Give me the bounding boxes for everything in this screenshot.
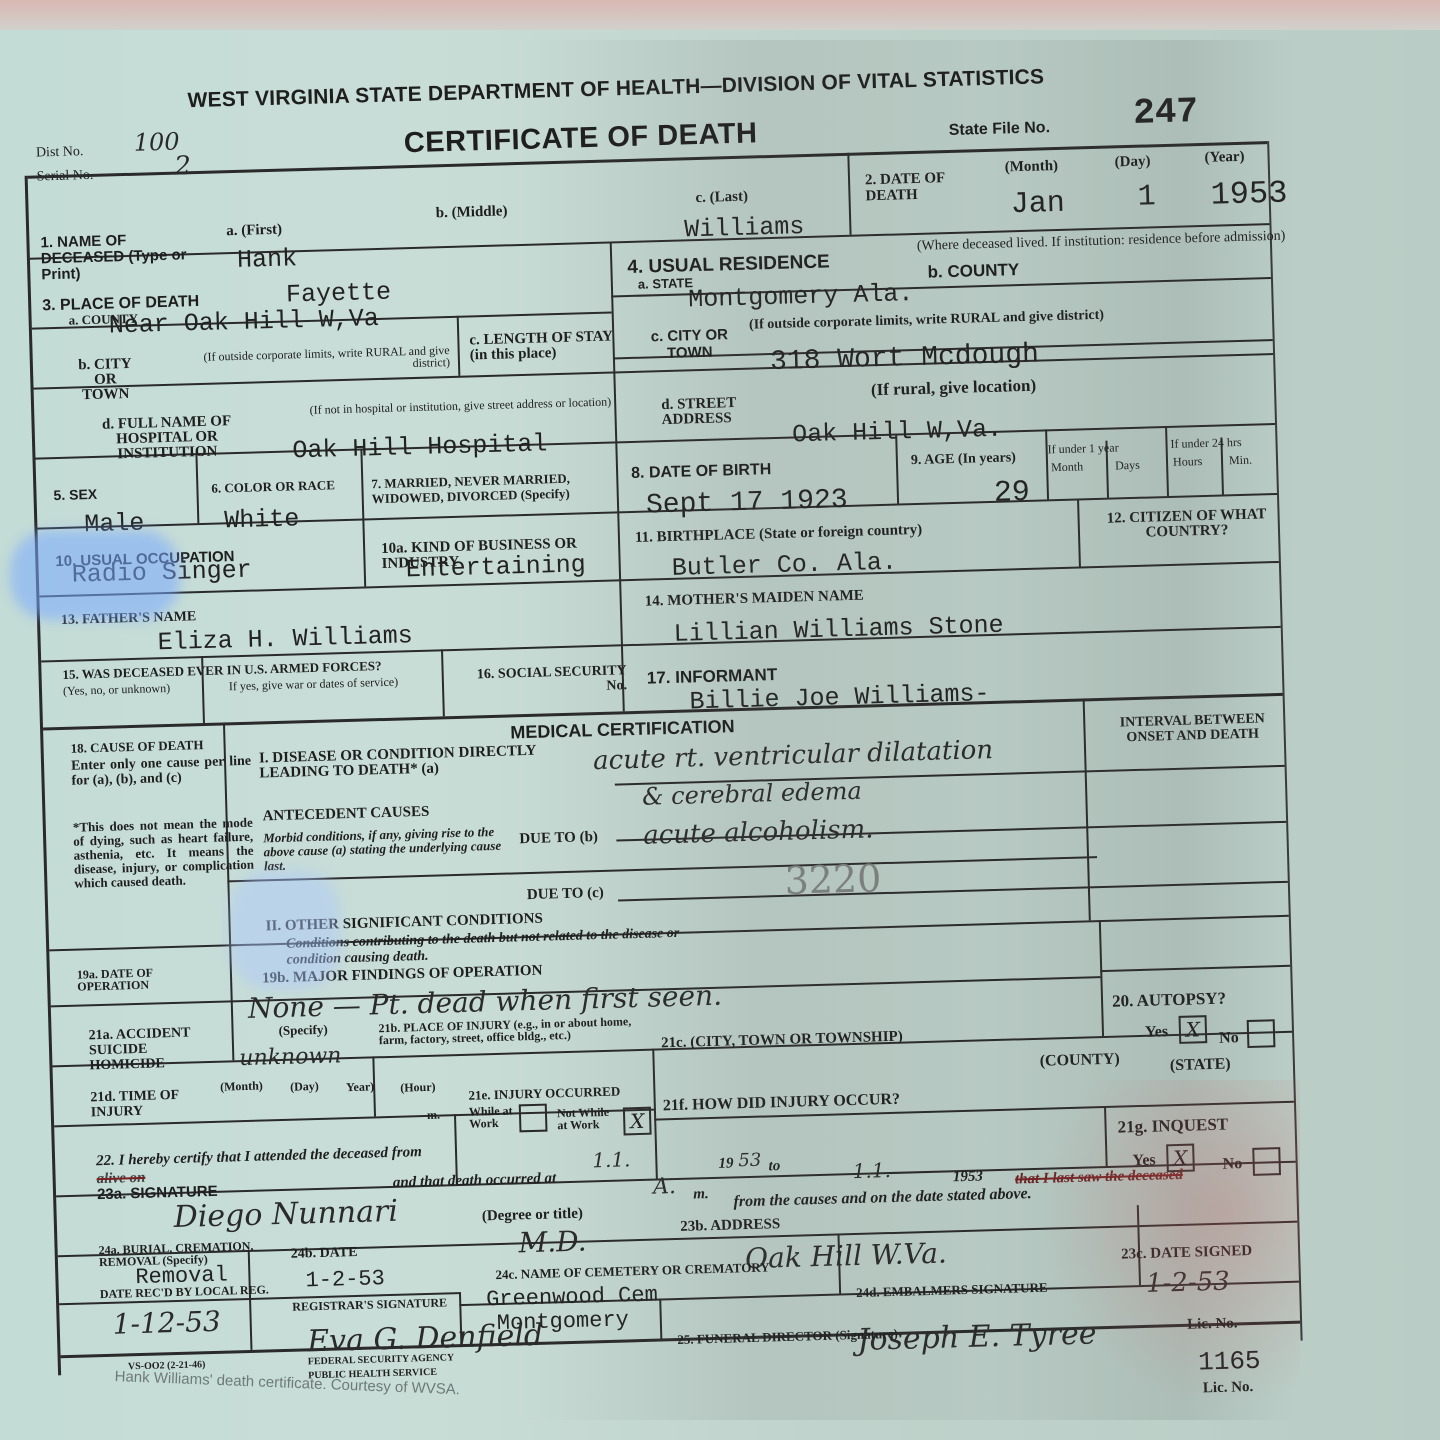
date-received-value: 1-12-53 xyxy=(112,1305,221,1341)
address-label: 23b. ADDRESS xyxy=(680,1217,780,1235)
blue-glare-reflection xyxy=(10,530,180,620)
dist-no-value: 100 xyxy=(133,127,180,156)
cause-instructions: Enter only one cause per line for (a), (… xyxy=(71,754,252,789)
street-note: (If rural, give location) xyxy=(871,378,1037,398)
inquest-no-checkbox[interactable] xyxy=(1252,1147,1281,1176)
residence-city-label: c. CITY OR TOWN xyxy=(649,326,730,362)
min-label: Min. xyxy=(1229,454,1252,467)
date-signed-value: 1-2-53 xyxy=(1146,1267,1231,1299)
dob-value: Sept 17 1923 xyxy=(646,485,848,522)
degree-value: M.D. xyxy=(518,1225,587,1260)
age-label: 9. AGE (In years) xyxy=(911,450,1016,468)
injury-year-label: Year) xyxy=(346,1080,374,1093)
injury-month-label: (Month) xyxy=(220,1080,263,1093)
agency-heading: WEST VIRGINIA STATE DEPARTMENT OF HEALTH… xyxy=(187,65,1044,113)
injury-day-label: (Day) xyxy=(290,1080,319,1093)
age-value: 29 xyxy=(993,476,1030,511)
cemetery-name: Greenwood Cem xyxy=(486,1283,658,1313)
burial-date-label: 24b. DATE xyxy=(291,1245,358,1262)
injury-county-label: (COUNTY) xyxy=(1040,1052,1120,1069)
autopsy-label: 20. AUTOPSY? xyxy=(1112,991,1226,1009)
injury-type-specify: (Specify) xyxy=(278,1022,328,1038)
ssn-label: 16. SOCIAL SECURITY No. xyxy=(457,663,628,698)
street-address-label: d. STREET ADDRESS xyxy=(661,395,772,428)
residence-county-label: b. COUNTY xyxy=(927,260,1019,283)
while-at-work-label: While at Work xyxy=(469,1104,520,1129)
citizen-label: 12. CITIZEN OF WHAT COUNTRY? xyxy=(1096,507,1277,542)
first-name-label: a. (First) xyxy=(226,223,282,240)
last-name-label: c. (Last) xyxy=(695,190,748,206)
autopsy-no-checkbox[interactable] xyxy=(1247,1019,1276,1048)
month-label: (Month) xyxy=(1005,159,1059,175)
death-certificate: WEST VIRGINIA STATE DEPARTMENT OF HEALTH… xyxy=(21,11,1319,1426)
hours-label: Hours xyxy=(1173,455,1203,468)
name-label: 1. NAME OF DECEASED (Type or Print) xyxy=(40,231,191,283)
injury-state-label: (STATE) xyxy=(1170,1056,1231,1073)
operation-date-label: 19a. DATE OF OPERATION xyxy=(77,965,198,992)
death-time-m: m. xyxy=(693,1187,709,1202)
cause-b-value: acute alcoholism. xyxy=(643,814,874,850)
state-file-label: State File No. xyxy=(948,119,1050,140)
injury-hour-label: (Hour) xyxy=(400,1081,436,1094)
hospital-label: d. FULL NAME OF HOSPITAL OR INSTITUTION xyxy=(81,414,252,464)
death-day: 1 xyxy=(1137,180,1156,214)
city-or-town-label: b. CITY OR TOWN xyxy=(70,357,141,404)
death-time: A. xyxy=(653,1174,677,1200)
attended-to-date: 1.1. xyxy=(852,1158,891,1183)
death-month: Jan xyxy=(1010,187,1065,222)
armed-forces-sub1: (Yes, no, or unknown) xyxy=(63,682,170,697)
last-name-value: Williams xyxy=(684,212,805,244)
embalmer-lic-value: 1165 xyxy=(1198,1346,1261,1378)
certificate-title: CERTIFICATE OF DEATH xyxy=(403,117,757,160)
dist-no-label: Dist No. xyxy=(36,144,84,161)
not-while-at-work-checkbox[interactable]: X xyxy=(623,1107,652,1136)
degree-label: (Degree or title) xyxy=(482,1207,583,1225)
while-at-work-checkbox[interactable] xyxy=(519,1104,548,1133)
first-name-value: Hank xyxy=(237,244,298,275)
business-value: Entertaining xyxy=(405,550,586,584)
attended-from-date: 1.1. xyxy=(592,1147,631,1172)
due-to-c-label: DUE TO (c) xyxy=(527,886,604,903)
not-while-at-work-label: Not While at Work xyxy=(557,1106,618,1132)
sex-label: 5. SEX xyxy=(53,486,97,503)
injury-type-value: unknown xyxy=(239,1043,342,1071)
time-of-injury-label: 21d. TIME OF INJURY xyxy=(90,1087,211,1120)
autopsy-yes-checkbox[interactable]: X xyxy=(1179,1015,1208,1044)
injury-type-label: 21a. ACCIDENT SUICIDE HOMICIDE xyxy=(88,1025,209,1073)
year-label: (Year) xyxy=(1204,150,1244,166)
attended-to-year: 1953 xyxy=(953,1169,983,1185)
state-file-number: 247 xyxy=(1133,91,1199,134)
embalmer-lic-label: Lic. No. xyxy=(1187,1316,1238,1332)
race-value: White xyxy=(224,504,300,535)
death-year: 1953 xyxy=(1210,175,1288,214)
cause-note: *This does not mean the mode of dying, s… xyxy=(73,816,255,891)
inquest-no-label: No xyxy=(1222,1156,1242,1172)
physician-signature: Diego Nunnari xyxy=(173,1194,398,1235)
injury-m-label: m. xyxy=(427,1109,440,1121)
length-of-stay-label: c. LENGTH OF STAY (in this place) xyxy=(469,329,620,363)
street-address: Oak Hill W,Va. xyxy=(792,415,1003,450)
inquest-label: 21g. INQUEST xyxy=(1117,1117,1228,1135)
burial-date-value: 1-2-53 xyxy=(305,1266,385,1293)
state-label: a. STATE xyxy=(638,275,694,292)
attended-from-year: 53 xyxy=(738,1150,761,1172)
from-year-prefix: 19 xyxy=(718,1156,733,1171)
interval-label: INTERVAL BETWEEN ONSET AND DEATH xyxy=(1102,711,1283,746)
antecedent-note: Morbid conditions, if any, giving rise t… xyxy=(263,824,514,873)
autopsy-yes-label: Yes xyxy=(1145,1024,1169,1040)
day-label: (Day) xyxy=(1114,154,1150,170)
due-to-b-label: DUE TO (b) xyxy=(519,830,598,847)
middle-name-label: b. (Middle) xyxy=(436,204,508,221)
autopsy-no-label: No xyxy=(1219,1030,1239,1046)
months-label: Month xyxy=(1051,460,1083,473)
date-of-death-label: 2. DATE OF DEATH xyxy=(865,170,946,204)
to-label: to xyxy=(768,1159,780,1174)
director-lic-label: Lic. No. xyxy=(1203,1380,1254,1396)
cause-code: 3220 xyxy=(784,856,882,903)
inquest-yes-label: Yes xyxy=(1132,1153,1156,1169)
address-value: Oak Hill W.Va. xyxy=(745,1236,948,1275)
glare-reflection-lower xyxy=(230,870,340,990)
days-label: Days xyxy=(1115,459,1140,472)
